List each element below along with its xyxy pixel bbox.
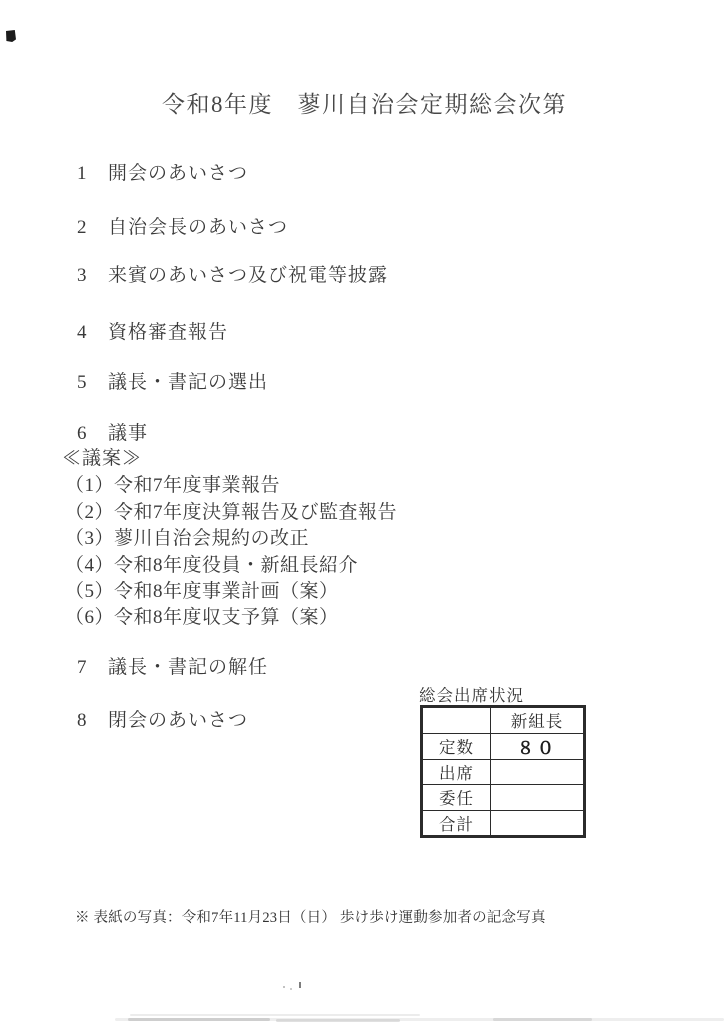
scan-smudge xyxy=(128,1018,270,1021)
scanned-document-page: 令和8年度 蓼川自治会定期総会次第 1開会のあいさつ 2自治会長のあいさつ 3来… xyxy=(0,0,724,1024)
row-label: 合計 xyxy=(422,810,491,837)
row-value xyxy=(491,810,585,837)
table-row: 委任 xyxy=(422,785,585,811)
row-label: 出席 xyxy=(422,759,491,785)
agenda-item-number: 8 xyxy=(77,710,108,732)
agenda-item-text: 議事 xyxy=(108,423,148,444)
agenda-item-6: 6議事 xyxy=(77,418,148,445)
scan-speck xyxy=(290,988,292,990)
agenda-item-number: 6 xyxy=(77,423,108,445)
agenda-item-8: 8閉会のあいさつ xyxy=(77,705,248,732)
agenda-item-7: 7議長・書記の解任 xyxy=(77,652,268,679)
row-label: 委任 xyxy=(422,785,491,811)
table-row: 定数 ８０ xyxy=(422,733,585,759)
agenda-item-number: 3 xyxy=(77,265,108,287)
row-label: 定数 xyxy=(422,733,491,759)
agenda-item-number: 2 xyxy=(77,217,108,239)
scan-speck xyxy=(299,982,301,988)
agenda-item-1: 1開会のあいさつ xyxy=(77,158,248,185)
document-title: 令和8年度 蓼川自治会定期総会次第 xyxy=(162,86,567,119)
agenda-item-text: 議長・書記の選出 xyxy=(108,372,268,393)
proposal-item-5: （5）令和8年度事業計画（案） xyxy=(65,576,339,603)
table-corner-cell xyxy=(422,707,491,734)
proposal-item-2: （2）令和7年度決算報告及び監査報告 xyxy=(65,497,397,524)
agenda-item-text: 自治会長のあいさつ xyxy=(108,217,288,238)
agenda-item-text: 資格審査報告 xyxy=(108,322,228,343)
proposal-item-3: （3）蓼川自治会規約の改正 xyxy=(65,523,309,550)
agenda-item-number: 4 xyxy=(77,322,108,344)
attendance-table: 新組長 定数 ８０ 出席 委任 合計 xyxy=(420,705,586,838)
scan-artifact-mark xyxy=(6,30,16,42)
proposal-item-4: （4）令和8年度役員・新組長紹介 xyxy=(65,550,358,577)
agenda-item-text: 開会のあいさつ xyxy=(108,163,248,184)
agenda-item-3: 3来賓のあいさつ及び祝電等披露 xyxy=(77,260,388,287)
proposal-item-6: （6）令和8年度収支予算（案） xyxy=(65,602,339,629)
row-value xyxy=(491,785,585,811)
agenda-item-text: 閉会のあいさつ xyxy=(108,710,248,731)
footnote: ※ 表紙の写真：令和7年11月23日（日） 歩け歩け運動参加者の記念写真 xyxy=(75,906,546,927)
table-row-header: 新組長 xyxy=(422,707,585,734)
table-row: 合計 xyxy=(422,810,585,837)
scan-smudge xyxy=(493,1018,592,1021)
proposals-header: ≪議案≫ xyxy=(62,443,142,470)
agenda-item-4: 4資格審査報告 xyxy=(77,317,228,344)
table-col-header: 新組長 xyxy=(491,707,585,734)
agenda-item-text: 来賓のあいさつ及び祝電等披露 xyxy=(108,265,388,286)
table-row: 出席 xyxy=(422,759,585,785)
agenda-item-2: 2自治会長のあいさつ xyxy=(77,212,288,239)
agenda-item-number: 1 xyxy=(77,163,108,185)
agenda-item-text: 議長・書記の解任 xyxy=(108,657,268,678)
proposal-item-1: （1）令和7年度事業報告 xyxy=(65,470,280,497)
agenda-item-number: 7 xyxy=(77,657,108,679)
scan-smudge xyxy=(130,1014,420,1016)
row-value xyxy=(491,759,585,785)
scan-smudge xyxy=(276,1019,400,1022)
attendance-table-title: 総会出席状況 xyxy=(419,682,524,706)
agenda-item-number: 5 xyxy=(77,372,108,394)
scan-speck xyxy=(283,986,285,988)
agenda-item-5: 5議長・書記の選出 xyxy=(77,367,268,394)
row-value: ８０ xyxy=(491,733,585,759)
